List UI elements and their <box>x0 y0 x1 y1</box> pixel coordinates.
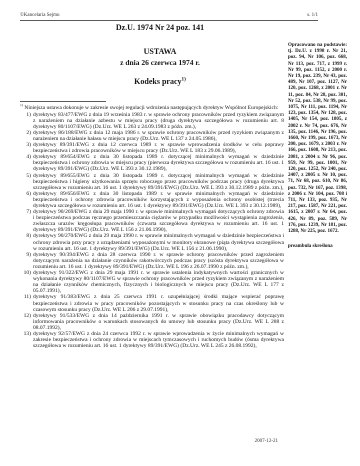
act-title: Kodeks pracy1) <box>20 77 300 86</box>
footnote-item: 6) dyrektywy 89/656/EWG z dnia 30 listop… <box>20 191 284 209</box>
footnote-block: 1) Niniejsza ustawa dokonuje w zakresie … <box>20 101 284 349</box>
footnote-intro: 1) Niniejsza ustawa dokonuje w zakresie … <box>20 105 284 111</box>
footnote-item-text: dyrektywy 86/188/EWG z dnia 12 maja 1986… <box>33 130 284 142</box>
footnote-item: 11) dyrektywy 91/383/EWG z dnia 25 czerw… <box>20 294 284 312</box>
footnote-item-number: 7) <box>20 209 31 215</box>
footnote-item-text: dyrektywy 89/656/EWG z dnia 30 listopada… <box>33 191 284 209</box>
footnote-item: 10) dyrektywy 91/322/EWG z dnia 29 maja … <box>20 270 284 294</box>
footnote-item: 7) dyrektywy 90/269/EWG z dnia 29 maja 1… <box>20 209 284 233</box>
preamble-deleted-note: preambuła skreślona <box>288 244 347 250</box>
footnote-item: 2) dyrektywy 86/188/EWG z dnia 12 maja 1… <box>20 130 284 142</box>
footnote-item-number: 12) <box>20 313 31 319</box>
footnote-item: 3) dyrektywy 89/391/EWG z dnia 12 czerwc… <box>20 142 284 154</box>
footnote-item: 13) dyrektywy 92/57/EWG z dnia 24 czerwc… <box>20 331 284 349</box>
footnote-item-text: dyrektywy 89/655/EWG z dnia 30 listopada… <box>33 173 284 191</box>
footnote-item-text: dyrektywy 90/269/EWG z dnia 29 maja 1990… <box>33 209 284 233</box>
footnote-item-text: dyrektywy 91/322/EWG z dnia 29 maja 1991… <box>33 270 284 294</box>
footnote-item-number: 10) <box>20 270 31 276</box>
footnote-item-text: dyrektywy 92/57/EWG z dnia 24 czerwca 19… <box>33 331 284 349</box>
footnote-item-text: dyrektywy 91/383/EWG z dnia 25 czerwca 1… <box>33 294 284 312</box>
act-title-text: Kodeks pracy <box>134 77 181 86</box>
page-header: ©Kancelaria Sejmu s. 1/1 <box>20 13 318 21</box>
document-page: ©Kancelaria Sejmu s. 1/1 Dz.U. 1974 Nr 2… <box>0 0 360 466</box>
footnote-item-text: dyrektywy 90/394/EWG z dnia 28 czerwca 1… <box>33 252 284 270</box>
footnote-item-number: 2) <box>20 130 31 136</box>
footnote-item-text: dyrektywy 89/654/EWG z dnia 30 listopada… <box>33 154 284 172</box>
margin-note: Opracowano na podstawie: tj. Dz.U. z 199… <box>288 43 347 251</box>
footnote-item-number: 3) <box>20 142 31 148</box>
footnote-reference-mark: 1) <box>182 76 186 82</box>
footnote-item-number: 1) <box>20 112 31 118</box>
revision-date: 2007-12-21 <box>20 439 278 444</box>
footnote-item-number: 6) <box>20 191 31 197</box>
journal-reference: Dz.U. 1974 Nr 24 poz. 141 <box>20 23 300 32</box>
footnote-item-text: dyrektywy 89/391/EWG z dnia 12 czerwca 1… <box>33 142 284 154</box>
footnote-item-number: 13) <box>20 331 31 337</box>
footnote-item: 5) dyrektywy 89/655/EWG z dnia 30 listop… <box>20 173 284 191</box>
footnote-item: 4) dyrektywy 89/654/EWG z dnia 30 listop… <box>20 154 284 172</box>
footnote-item-number: 8) <box>20 233 31 239</box>
footnote-item: 1) dyrektywy 83/477/EWG z dnia 19 wrześn… <box>20 112 284 130</box>
footnote-item-number: 5) <box>20 173 31 179</box>
publisher-credit: ©Kancelaria Sejmu <box>20 13 59 19</box>
footnote-item-text: dyrektywy 91/533/EWG z dnia 14 październ… <box>33 313 284 331</box>
page-indicator: s. 1/1 <box>307 13 318 19</box>
act-type-title: USTAWA <box>20 47 300 56</box>
footnote-intro-text: Niniejsza ustawa dokonuje w zakresie swo… <box>24 105 278 111</box>
footnote-item-number: 9) <box>20 252 31 258</box>
footnote-item: 8) dyrektywy 90/270/EWG z dnia 29 maja 1… <box>20 233 284 251</box>
footnote-item-number: 4) <box>20 154 31 160</box>
footnote-item-number: 11) <box>20 294 31 300</box>
act-date-line: z dnia 26 czerwca 1974 r. <box>20 58 300 67</box>
legal-basis-note: Opracowano na podstawie: tj. Dz.U. z 199… <box>288 43 347 235</box>
footnote-marker: 1) <box>20 103 23 107</box>
footnote-item-text: dyrektywy 90/270/EWG z dnia 29 maja 1990… <box>33 233 284 251</box>
footnote-item: 12) dyrektywy 91/533/EWG z dnia 14 paźdz… <box>20 313 284 331</box>
footnote-item: 9) dyrektywy 90/394/EWG z dnia 28 czerwc… <box>20 252 284 270</box>
footnote-item-text: dyrektywy 83/477/EWG z dnia 19 września … <box>33 112 284 130</box>
footnote-separator-rule <box>20 101 106 102</box>
